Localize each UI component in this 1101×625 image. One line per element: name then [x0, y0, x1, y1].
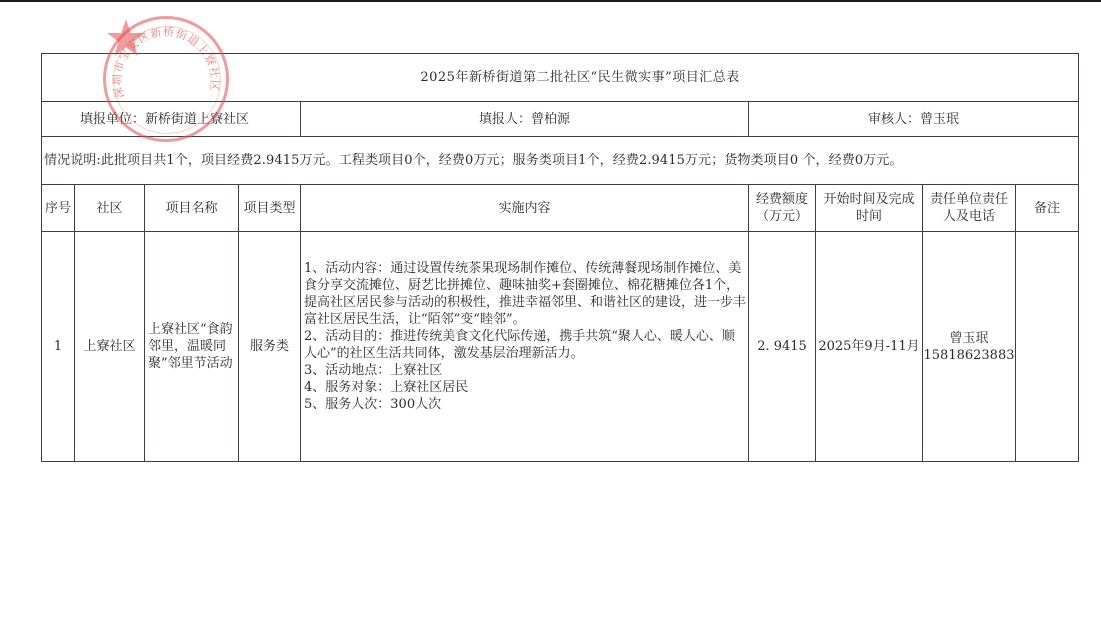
header-budget: 经费额度（万元）: [749, 185, 816, 232]
cell-project-type: 服务类: [239, 232, 301, 462]
cell-project-name: 上寮社区“食韵邻里，温暖同聚”邻里节活动: [145, 232, 239, 462]
header-project-name: 项目名称: [145, 185, 239, 232]
summary-document: 2025年新桥街道第二批社区“民生微实事”项目汇总表 填报单位：新桥街道上寮社区…: [41, 53, 1078, 462]
content-item: 2、活动目的：推进传统美食文化代际传递，携手共筑“聚人心、暖人心、顺人心”的社区…: [304, 328, 746, 362]
cell-period: 2025年9月-11月: [816, 232, 923, 462]
header-remark: 备注: [1016, 185, 1079, 232]
header-community: 社区: [75, 185, 145, 232]
situation-note: 情况说明:此批项目共1个，项目经费2.9415万元。工程类项目0个，经费0万元；…: [42, 137, 1079, 185]
header-responsible: 责任单位责任人及电话: [923, 185, 1016, 232]
cell-index: 1: [42, 232, 75, 462]
table-title: 2025年新桥街道第二批社区“民生微实事”项目汇总表: [42, 54, 1079, 102]
content-item: 1、活动内容：通过设置传统茶果现场制作摊位、传统薄餐现场制作摊位、美食分享交流摊…: [304, 260, 746, 328]
header-project-type: 项目类型: [239, 185, 301, 232]
filler-unit: 填报单位：新桥街道上寮社区: [42, 102, 301, 137]
cell-budget: 2. 9415: [749, 232, 816, 462]
header-row: 序号 社区 项目名称 项目类型 实施内容 经费额度（万元） 开始时间及完成时间 …: [42, 185, 1079, 232]
cell-responsible: 曾玉珉 15818623883: [923, 232, 1016, 462]
filler-reporter: 填报人：曾柏源: [301, 102, 749, 137]
content-item: 3、活动地点：上寮社区: [304, 362, 746, 379]
table-row: 1 上寮社区 上寮社区“食韵邻里，温暖同聚”邻里节活动 服务类 1、活动内容：通…: [42, 232, 1079, 462]
responsible-name: 曾玉珉: [923, 330, 1015, 347]
seal-star-icon: [106, 19, 146, 57]
summary-table: 2025年新桥街道第二批社区“民生微实事”项目汇总表 填报单位：新桥街道上寮社区…: [41, 53, 1079, 462]
content-item: 4、服务对象：上寮社区居民: [304, 379, 746, 396]
cell-community: 上寮社区: [75, 232, 145, 462]
page-top-edge: [0, 0, 1101, 2]
header-content: 实施内容: [301, 185, 749, 232]
filler-reviewer: 审核人：曾玉珉: [749, 102, 1079, 137]
cell-content: 1、活动内容：通过设置传统茶果现场制作摊位、传统薄餐现场制作摊位、美食分享交流摊…: [301, 232, 749, 462]
responsible-phone: 15818623883: [923, 347, 1015, 364]
content-item: 5、服务人次：300人次: [304, 396, 746, 413]
header-period: 开始时间及完成时间: [816, 185, 923, 232]
header-index: 序号: [42, 185, 75, 232]
cell-remark: [1016, 232, 1079, 462]
